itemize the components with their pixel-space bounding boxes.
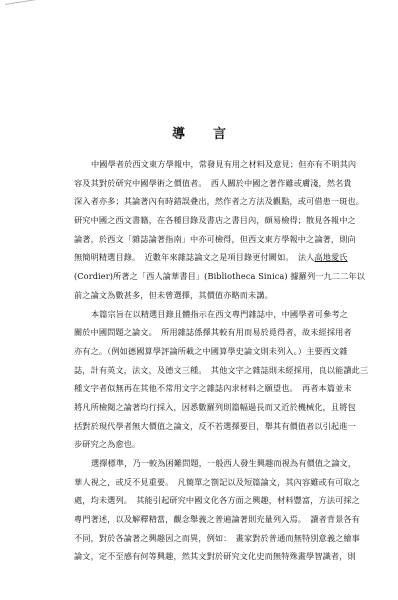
- text-line: 容及其對於研究中國學術之價值者。 西人關於中國之著作雖或膚淺，然名貴: [74, 174, 314, 193]
- text-line: 華人視之，或反不見重要。 凡簡單之劄記以及短篇論文，其內容雖或有可取之: [74, 473, 314, 492]
- text-line: 前之論文為數甚多，但未曾選擇，其價值亦略而未講。: [74, 286, 314, 305]
- text-line: 步研究之為愈也。: [74, 435, 314, 454]
- text-line: 研究中國之西文書籍，在各種目錄及書店之書目內，頗易檢得；散見各報中之: [74, 211, 314, 230]
- underlined-name: 高地愛氏: [314, 252, 347, 262]
- text-line: 專門著述，以及解釋精當，觀念舉義之普遍論著則充量列入焉。 讀者背景各有: [74, 510, 314, 529]
- text-line: 論著，於西文「雜誌論著指南」中亦可檢得，但西文東方學報中之論著，則向: [74, 230, 314, 249]
- text-line: 種文字者似無再在其他不常用文字之雜誌內求材料之願望也。 再者本篇並未: [74, 379, 314, 398]
- text-line: 深入者亦多；其論著內有時錯誤叠出，然作者之方法及觀點，或可借患一斑也。: [74, 192, 314, 211]
- text-line: 將凡所檢閱之論著均行採入，因悉數羅列則篇幅過長而又近於機械化，且將包: [74, 398, 314, 417]
- scan-artifact-mark: [5, 0, 41, 5]
- text-line: 處，均未選列。 其能引起研究中國文化各方面之興趣，材料豐富，方法可採之: [74, 491, 314, 510]
- text-line: 無簡明精選目錄。 近數年來雜誌論文之是項目錄更付闕如。 法人高地愛氏: [74, 248, 314, 267]
- text-line: 論文，定不至感有何等興趣，然其文對於研究文化史而無特殊畫學智識者，則: [74, 547, 314, 566]
- body-text: 中國學者於西文東方學報中，常發見有用之材料及意見；但亦有不明其內 容及其對於研究…: [74, 155, 314, 566]
- text-line: 本篇宗旨在以精選目錄且體指示在西文專門雜誌中，中國學者可參考之: [74, 305, 314, 324]
- paragraph-2: 本篇宗旨在以精選目錄且體指示在西文專門雜誌中，中國學者可參考之 關於中國問題之論…: [74, 305, 314, 455]
- text-line: (Cordier)所著之「西人論華書目」(Bibliotheca Sinica)…: [74, 267, 314, 286]
- text-line: 關於中國問題之論文。 所用雜誌係擇其較有用而易於覓得者，故未經採用者: [74, 323, 314, 342]
- text-line: 中國學者於西文東方學報中，常發見有用之材料及意見；但亦有不明其內: [74, 155, 314, 174]
- paragraph-1: 中國學者於西文東方學報中，常發見有用之材料及意見；但亦有不明其內 容及其對於研究…: [74, 155, 314, 305]
- page-title: 導言: [0, 123, 398, 142]
- text-line: 選擇標準，乃一較為困難問題，一般西人發生興趣而視為有價值之論文，: [74, 454, 314, 473]
- text-line: 括對於現代學者無大價值之論文，反不若選擇要目，舉其有價值者以引起進一: [74, 417, 314, 436]
- text-line: 不同，對於各論著之興趣因之而異，例如： 畫家對於普通而無特別意義之繪事: [74, 529, 314, 548]
- paragraph-3: 選擇標準，乃一較為困難問題，一般西人發生興趣而視為有價值之論文， 華人視之，或反…: [74, 454, 314, 566]
- text-line: 亦有之。（例如德國算學評論所載之中國算學史論文則未列入。）主要西文雜: [74, 342, 314, 361]
- text-line: 誌，計有英文，法文，及德文三種。 其他文字之雜誌則未經採用，良以能讀此三: [74, 361, 314, 380]
